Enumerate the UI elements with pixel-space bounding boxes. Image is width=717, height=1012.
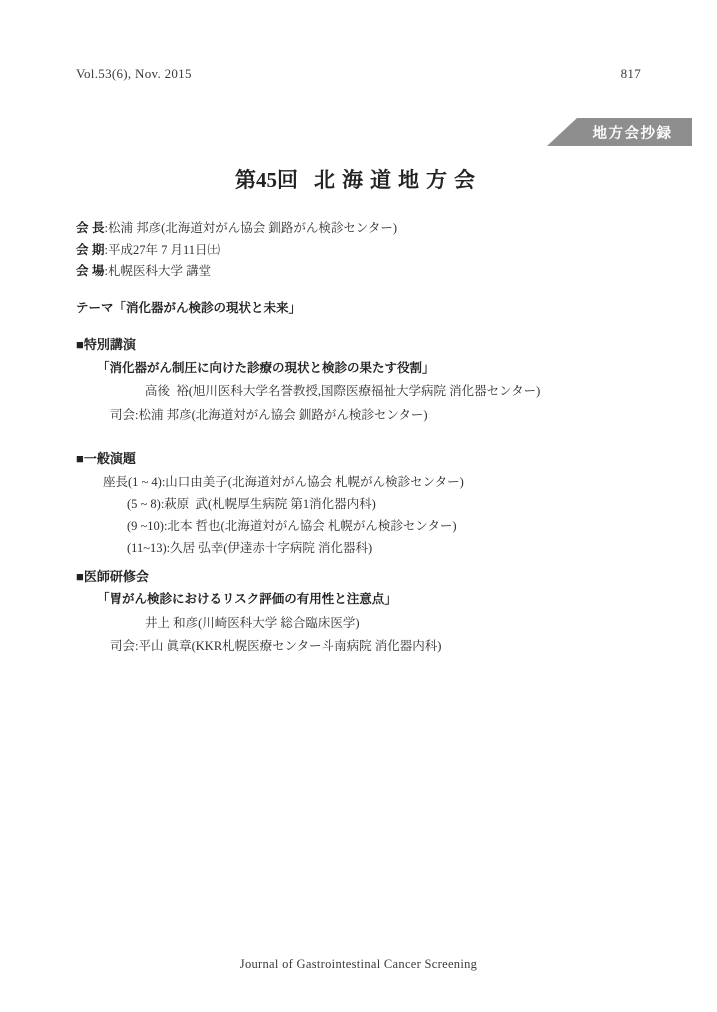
meta-row-president: 会 長:松浦 邦彦(北海道対がん協会 釧路がん検診センター) — [76, 218, 657, 240]
meta-row-venue: 会 場:札幌医科大学 講堂 — [76, 261, 657, 283]
meta-label-venue: 会 場 — [76, 264, 104, 278]
general-chair-line: (5 ~ 8):萩原 武(札幌厚生病院 第1消化器内科) — [76, 493, 657, 515]
theme-label: テーマ — [76, 301, 114, 315]
workshop-speaker: 井上 和彦(川崎医科大学 総合臨床医学) — [76, 612, 657, 636]
general-chair-line: (9 ~10):北本 哲也(北海道対がん協会 札幌がん検診センター) — [76, 515, 657, 537]
section-heading-special-lecture: ■特別講演 — [76, 333, 657, 357]
meta-label-president: 会 長 — [76, 221, 104, 235]
page-title: 第45回北海道地方会 — [0, 164, 717, 194]
theme-title: 「消化器がん検診の現状と未来」 — [114, 301, 302, 315]
general-chair-line: 座長(1 ~ 4):山口由美子(北海道対がん協会 札幌がん検診センター) — [76, 471, 657, 493]
section-physician-workshop: ■医師研修会 「胃がん検診におけるリスク評価の有用性と注意点」 井上 和彦(川崎… — [76, 565, 657, 659]
workshop-title: 「胃がん検診におけるリスク評価の有用性と注意点」 — [76, 588, 657, 612]
volume-info: Vol.53(6), Nov. 2015 — [76, 66, 192, 82]
workshop-chair: 司会:平山 眞章(KKR札幌医療センター斗南病院 消化器内科) — [76, 635, 657, 659]
title-session-number: 第45回 — [235, 168, 298, 192]
theme-row: テーマ「消化器がん検診の現状と未来」 — [76, 298, 657, 320]
corner-banner: 地方会抄録 — [547, 118, 692, 146]
section-special-lecture: ■特別講演 「消化器がん制圧に向けた診療の現状と検診の果たす役割」 高後 裕(旭… — [76, 333, 657, 427]
section-general-presentations: ■一般演題 座長(1 ~ 4):山口由美子(北海道対がん協会 札幌がん検診センタ… — [76, 447, 657, 559]
journal-page: Vol.53(6), Nov. 2015 817 地方会抄録 第45回北海道地方… — [0, 0, 717, 1012]
special-lecture-chair: 司会:松浦 邦彦(北海道対がん協会 釧路がん検診センター) — [76, 404, 657, 428]
meta-row-date: 会 期:平成27年 7 月11日㈯ — [76, 240, 657, 262]
section-heading-physician-workshop: ■医師研修会 — [76, 565, 657, 589]
meta-value-president: 松浦 邦彦(北海道対がん協会 釧路がん検診センター) — [108, 221, 397, 235]
banner-label: 地方会抄録 — [593, 122, 673, 143]
meta-value-date: 平成27年 7 月11日㈯ — [108, 243, 220, 257]
special-lecture-speaker: 高後 裕(旭川医科大学名誉教授,国際医療福祉大学病院 消化器センター) — [76, 380, 657, 404]
page-number: 817 — [621, 66, 641, 82]
content-column: 会 長:松浦 邦彦(北海道対がん協会 釧路がん検診センター) 会 期:平成27年… — [76, 218, 657, 659]
meta-value-venue: 札幌医科大学 講堂 — [108, 264, 211, 278]
meta-label-date: 会 期 — [76, 243, 104, 257]
section-heading-general-presentations: ■一般演題 — [76, 447, 657, 471]
page-header: Vol.53(6), Nov. 2015 817 — [76, 66, 641, 82]
general-chair-line: (11~13):久居 弘幸(伊達赤十字病院 消化器科) — [76, 537, 657, 559]
special-lecture-title: 「消化器がん制圧に向けた診療の現状と検診の果たす役割」 — [76, 357, 657, 381]
journal-name: Journal of Gastrointestinal Cancer Scree… — [240, 957, 477, 971]
title-region-name: 北海道地方会 — [314, 168, 482, 192]
journal-footer: Journal of Gastrointestinal Cancer Scree… — [0, 957, 717, 972]
